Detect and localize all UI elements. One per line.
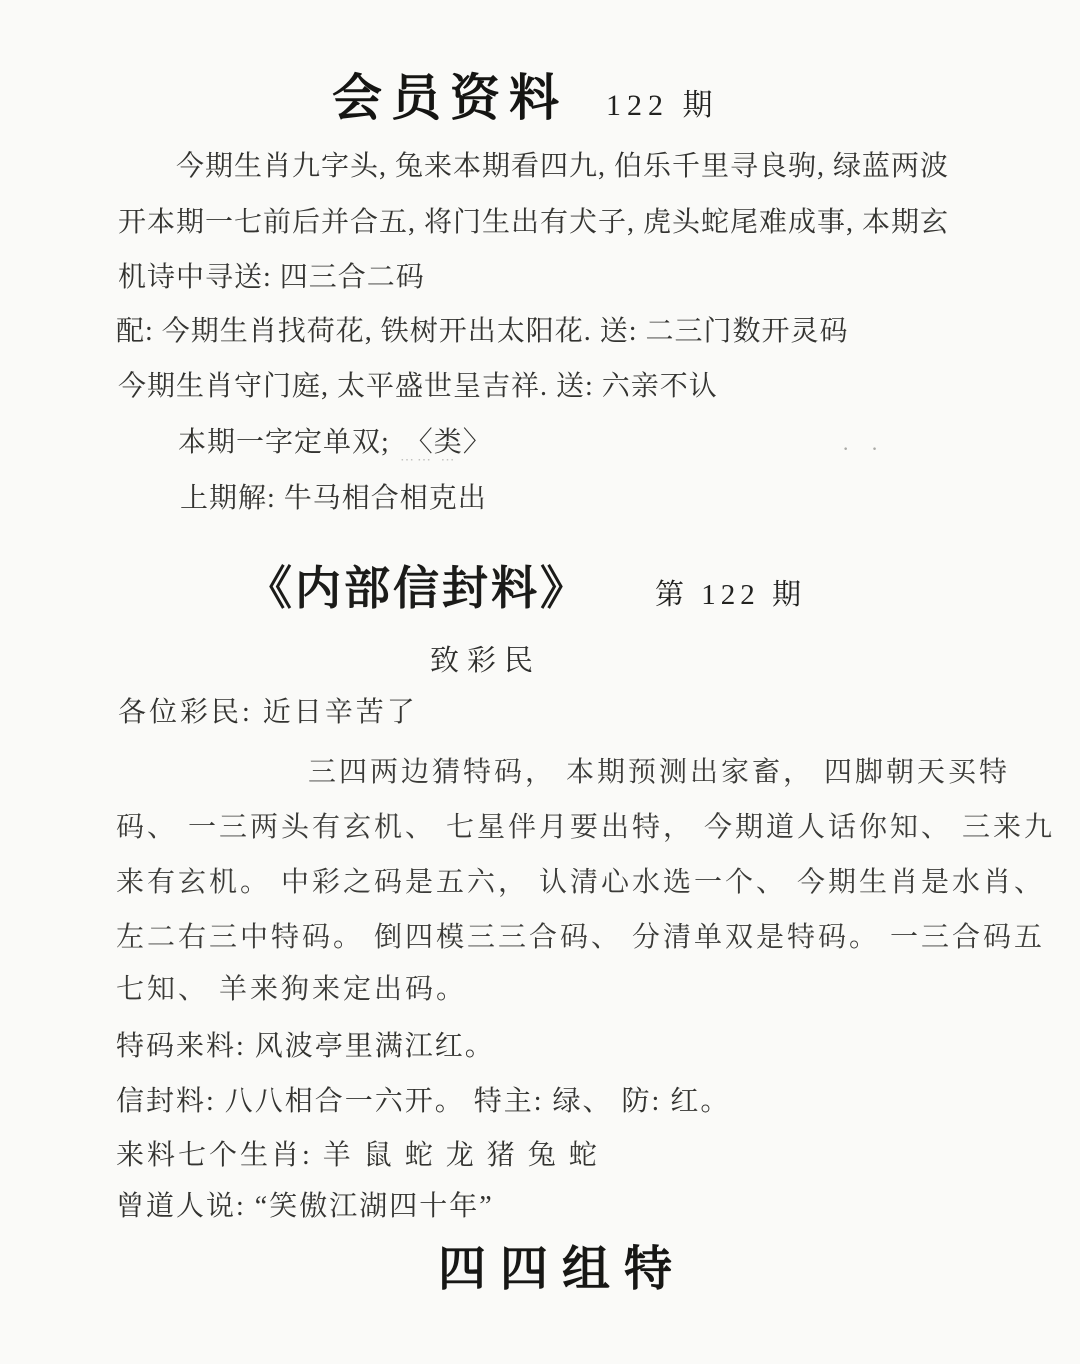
paragraph-line: 左二右三中特码。 倒四模三三合码、 分清单双是特码。 一三合码五: [116, 915, 1045, 955]
envelope-section-title: 《内部信封料》: [246, 552, 589, 618]
footer-highlight-text: 四四组特: [438, 1230, 686, 1299]
paragraph-line: 来有玄机。 中彩之码是五六， 认清心水选一个、 今期生肖是水肖、: [116, 860, 1045, 900]
member-section-title: 会员资料: [332, 58, 568, 130]
paragraph-line: 码、 一三两头有玄机、 七星伴月要出特， 今期道人话你知、 三来九: [116, 805, 1055, 845]
member-line: 今期生肖守门庭, 太平盛世呈吉祥. 送: 六亲不认: [118, 364, 718, 404]
greeting-line: 各位彩民: 近日辛苦了: [118, 690, 418, 730]
member-section-title-row: 会员资料 122 期: [332, 58, 719, 130]
zeng-daoren-quote-line: 曾道人说: “笑傲江湖四十年”: [116, 1184, 494, 1224]
member-section-issue-number: 122 期: [606, 80, 719, 124]
member-line: 配: 今期生肖找荷花, 铁树开出太阳花. 送: 二三门数开灵码: [116, 309, 849, 349]
seven-zodiac-line: 来料七个生肖: 羊 鼠 蛇 龙 猪 兔 蛇: [116, 1133, 600, 1173]
salutation-heading: 致彩民: [430, 638, 541, 679]
envelope-section-title-row: 《内部信封料》 第 122 期: [246, 552, 806, 618]
member-line: 机诗中寻送: 四三合二码: [118, 255, 425, 295]
paragraph-line: 三四两边猜特码， 本期预测出家畜， 四脚朝天买特: [308, 750, 1010, 790]
member-line: 今期生肖九字头, 兔来本期看四九, 伯乐千里寻良驹, 绿蓝两波: [176, 144, 949, 184]
paragraph-line: 七知、 羊来狗来定出码。: [116, 967, 467, 1007]
scan-artifact-underline: ⋯⋯ ⋯: [400, 452, 458, 469]
envelope-material-line: 信封料: 八八相合一六开。 特主: 绿、 防: 红。: [116, 1079, 730, 1119]
scan-artifact-dots: · ·: [842, 436, 886, 462]
special-code-source-line: 特码来料: 风波亭里满江红。: [116, 1024, 495, 1064]
member-line: 上期解: 牛马相合相克出: [180, 476, 487, 516]
scanned-lottery-tip-sheet: 会员资料 122 期 今期生肖九字头, 兔来本期看四九, 伯乐千里寻良驹, 绿蓝…: [0, 0, 1080, 1364]
member-line: 开本期一七前后并合五, 将门生出有犬子, 虎头蛇尾难成事, 本期玄: [118, 200, 949, 240]
envelope-section-issue-number: 第 122 期: [655, 572, 806, 613]
